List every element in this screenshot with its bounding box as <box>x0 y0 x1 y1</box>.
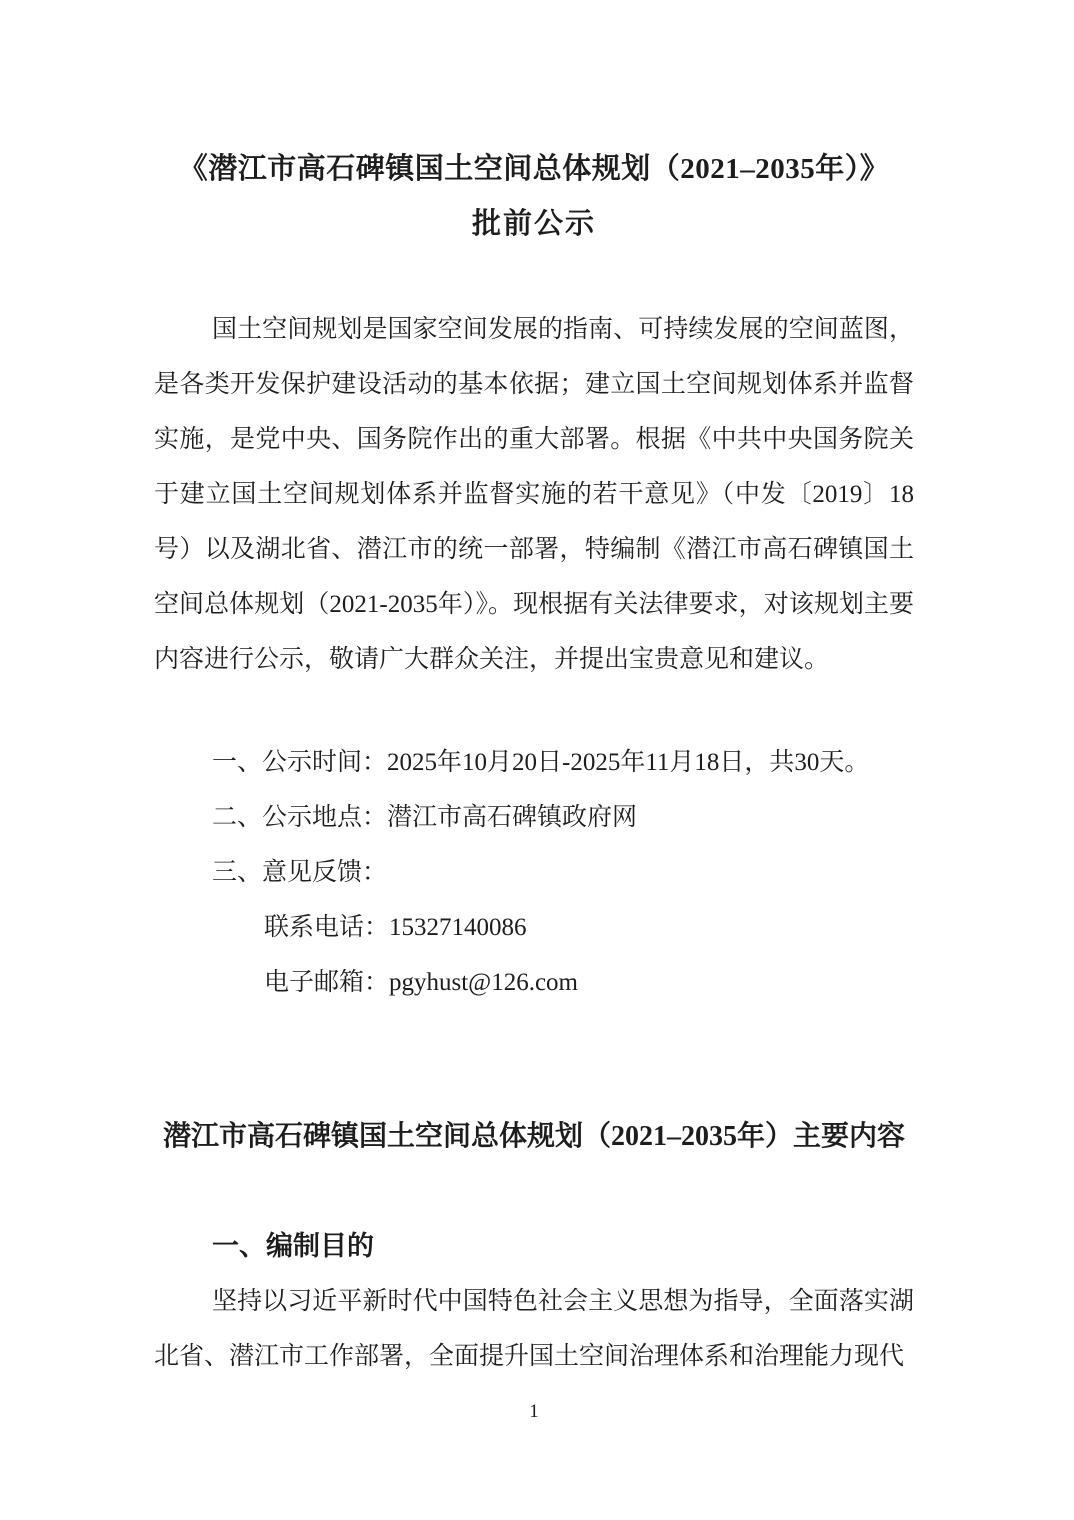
notice-item-publicity-time: 一、公示时间：2025年10月20日-2025年11月18日，共30天。 <box>154 735 914 790</box>
notice-item-list: 一、公示时间：2025年10月20日-2025年11月18日，共30天。 二、公… <box>154 735 914 1010</box>
intro-paragraph: 国土空间规划是国家空间发展的指南、可持续发展的空间蓝图，是各类开发保护建设活动的… <box>154 302 914 687</box>
section-1-heading: 一、编制目的 <box>154 1219 914 1274</box>
page-number: 1 <box>154 1398 914 1426</box>
contact-email-line: 电子邮箱：pgyhust@126.com <box>154 955 914 1010</box>
document-page: 《潜江市高石碑镇国土空间总体规划（2021–2035年）》 批前公示 国土空间规… <box>0 0 1074 1520</box>
notice-item-feedback: 三、意见反馈： <box>154 845 914 900</box>
notice-item-publicity-place: 二、公示地点：潜江市高石碑镇政府网 <box>154 790 914 845</box>
section-1-paragraph: 坚持以习近平新时代中国特色社会主义思想为指导，全面落实湖北省、潜江市工作部署，全… <box>154 1274 914 1384</box>
main-content-heading: 潜江市高石碑镇国土空间总体规划（2021–2035年）主要内容 <box>154 1109 914 1164</box>
notice-subtitle: 批前公示 <box>154 197 914 252</box>
notice-title: 《潜江市高石碑镇国土空间总体规划（2021–2035年）》 <box>154 142 914 197</box>
contact-phone-line: 联系电话：15327140086 <box>154 900 914 955</box>
